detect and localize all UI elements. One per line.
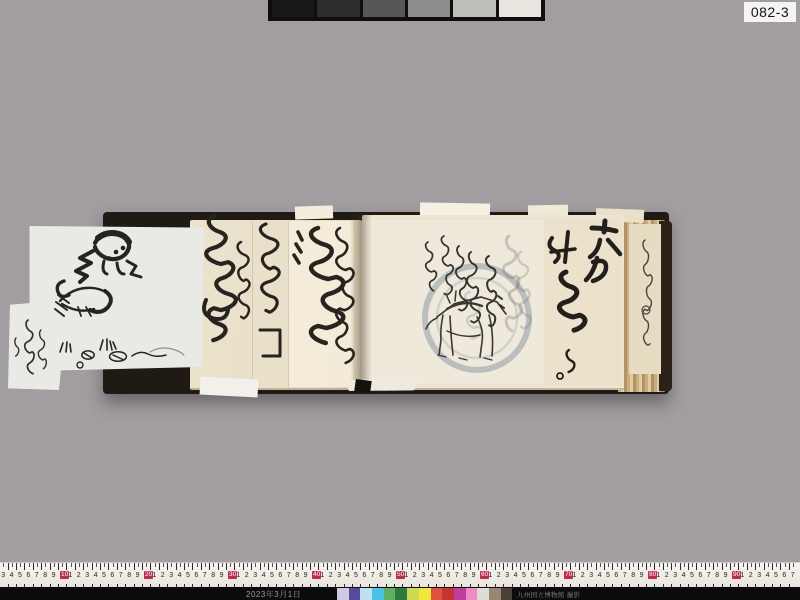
ruler-tick bbox=[633, 563, 634, 567]
ruler-tick bbox=[428, 563, 429, 570]
ruler-tick bbox=[365, 563, 366, 567]
grayscale-calibration-bar bbox=[268, 0, 545, 21]
ruler-tick bbox=[507, 563, 508, 567]
ruler-tick bbox=[150, 563, 151, 570]
ruler-tick bbox=[306, 563, 307, 567]
ruler: 3456789101234567892012345678930123456789… bbox=[0, 562, 800, 588]
ruler-tick bbox=[146, 563, 147, 567]
ruler-tick bbox=[444, 563, 445, 570]
pasted-strip bbox=[288, 221, 353, 387]
ruler-tick bbox=[369, 563, 370, 570]
ruler-tick bbox=[62, 563, 63, 567]
ruler-tick bbox=[167, 563, 168, 570]
color-patch bbox=[395, 588, 407, 600]
color-patch bbox=[501, 588, 513, 600]
ruler-number: 4 bbox=[94, 572, 98, 580]
ruler-number: 6 bbox=[614, 572, 618, 580]
ruler-tick bbox=[327, 563, 328, 570]
ruler-number: 5 bbox=[18, 572, 22, 580]
ruler-tick bbox=[66, 563, 67, 570]
ruler-tick bbox=[218, 563, 219, 570]
ruler-number: 8 bbox=[715, 572, 719, 580]
ruler-number: 8 bbox=[463, 572, 467, 580]
ruler-tick bbox=[314, 563, 315, 567]
ruler-tick bbox=[54, 563, 55, 567]
ruler-tick bbox=[339, 563, 340, 567]
ruler-tick bbox=[92, 563, 93, 570]
ruler-number: 7 bbox=[455, 572, 459, 580]
ruler-tick bbox=[528, 563, 529, 570]
ruler-number: 7 bbox=[203, 572, 207, 580]
ruler-tick bbox=[234, 563, 235, 570]
ruler-number: 3 bbox=[421, 572, 425, 580]
ruler-tick bbox=[251, 563, 252, 570]
color-patch bbox=[384, 588, 396, 600]
ruler-tick bbox=[495, 563, 496, 570]
pasted-strip bbox=[544, 218, 622, 386]
ruler-tick bbox=[285, 563, 286, 570]
pasted-strip bbox=[252, 221, 289, 387]
ruler-tick bbox=[524, 563, 525, 567]
ruler-number: 3 bbox=[505, 572, 509, 580]
ruler-tick bbox=[415, 563, 416, 567]
ruler-tick bbox=[33, 563, 34, 570]
ruler-number: 6 bbox=[446, 572, 450, 580]
ruler-tick bbox=[537, 563, 538, 570]
ruler-tick bbox=[743, 563, 744, 567]
ruler-number: 7 bbox=[35, 572, 39, 580]
ruler-tick bbox=[780, 563, 781, 570]
ruler-number: 1 bbox=[152, 572, 156, 580]
ruler-number: 3 bbox=[253, 572, 257, 580]
ruler-tick bbox=[541, 563, 542, 567]
ruler-tick bbox=[717, 563, 718, 567]
grayscale-patch bbox=[363, 0, 405, 17]
ruler-number: 3 bbox=[1, 572, 5, 580]
grayscale-patch bbox=[317, 0, 359, 17]
ruler-tick bbox=[671, 563, 672, 570]
ruler-number: 9 bbox=[724, 572, 728, 580]
ruler-number: 6 bbox=[110, 572, 114, 580]
ruler-tick bbox=[121, 563, 122, 567]
ruler-tick bbox=[50, 563, 51, 570]
ruler-tick bbox=[37, 563, 38, 567]
ruler-tick bbox=[793, 563, 794, 567]
ruler-tick bbox=[579, 563, 580, 570]
ruler-number: 4 bbox=[262, 572, 266, 580]
ruler-tick bbox=[272, 563, 273, 567]
ruler-number: 7 bbox=[371, 572, 375, 580]
ruler-tick bbox=[642, 563, 643, 567]
ruler-tick bbox=[348, 563, 349, 567]
ruler-number: 5 bbox=[270, 572, 274, 580]
ruler-number: 9 bbox=[556, 572, 560, 580]
ruler-number: 2 bbox=[77, 572, 81, 580]
ruler-tick bbox=[785, 563, 786, 567]
ruler-tick bbox=[667, 563, 668, 567]
ruler-tick bbox=[512, 563, 513, 570]
ruler-tick bbox=[675, 563, 676, 567]
ruler-tick bbox=[331, 563, 332, 567]
ruler-tick bbox=[734, 563, 735, 567]
ruler-number: 3 bbox=[673, 572, 677, 580]
ruler-tick bbox=[411, 563, 412, 570]
ruler-number: 1 bbox=[488, 572, 492, 580]
ruler-tick bbox=[545, 563, 546, 570]
ruler-tick bbox=[268, 563, 269, 570]
ruler-tick bbox=[457, 563, 458, 567]
ruler-tick bbox=[738, 563, 739, 570]
photo-background: 082-3 bbox=[0, 0, 800, 600]
ruler-number: 7 bbox=[287, 572, 291, 580]
footer-strip: 2023年3月1日 九州国立博物館 撮影 bbox=[0, 587, 800, 600]
ruler-tick bbox=[713, 563, 714, 570]
ruler-tick bbox=[41, 563, 42, 570]
ruler-tick bbox=[230, 563, 231, 567]
ruler-tick bbox=[293, 563, 294, 570]
ruler-number: 9 bbox=[304, 572, 308, 580]
ruler-number: 6 bbox=[698, 572, 702, 580]
ruler-tick bbox=[356, 563, 357, 567]
ruler-tick bbox=[461, 563, 462, 570]
ruler-tick bbox=[621, 563, 622, 570]
ruler-tick bbox=[558, 563, 559, 567]
ruler-tick bbox=[705, 563, 706, 570]
ruler-tick bbox=[684, 563, 685, 567]
ruler-number: 8 bbox=[211, 572, 215, 580]
ruler-number: 5 bbox=[774, 572, 778, 580]
ruler-tick bbox=[587, 563, 588, 570]
ruler-number: 4 bbox=[766, 572, 770, 580]
ruler-number: 5 bbox=[606, 572, 610, 580]
ruler-number: 7 bbox=[623, 572, 627, 580]
ruler-number: 7 bbox=[539, 572, 543, 580]
ruler-number: 4 bbox=[598, 572, 602, 580]
ruler-tick bbox=[260, 563, 261, 570]
color-patch bbox=[442, 588, 454, 600]
ruler-tick bbox=[692, 563, 693, 567]
ruler-number: 2 bbox=[329, 572, 333, 580]
ruler-tick bbox=[726, 563, 727, 567]
ruler-number: 4 bbox=[682, 572, 686, 580]
ruler-tick bbox=[386, 563, 387, 570]
ruler-tick bbox=[499, 563, 500, 567]
ruler-tick bbox=[663, 563, 664, 570]
ruler-number: 2 bbox=[665, 572, 669, 580]
ruler-tick bbox=[776, 563, 777, 567]
ruler-tick bbox=[8, 563, 9, 570]
ruler-tick bbox=[423, 563, 424, 567]
ruler-tick bbox=[486, 563, 487, 570]
ruler-number: 2 bbox=[413, 572, 417, 580]
ruler-tick bbox=[482, 563, 483, 567]
ruler-tick bbox=[360, 563, 361, 570]
grayscale-patch bbox=[453, 0, 495, 17]
ruler-tick bbox=[310, 563, 311, 570]
grayscale-patch bbox=[499, 0, 541, 17]
ruler-tick bbox=[390, 563, 391, 567]
ruler-number: 5 bbox=[354, 572, 358, 580]
ruler-tick bbox=[659, 563, 660, 567]
ruler-tick bbox=[751, 563, 752, 567]
ruler-number: 8 bbox=[43, 572, 47, 580]
protruding-paper bbox=[200, 376, 259, 397]
ruler-number: 3 bbox=[169, 572, 173, 580]
ruler-number: 1 bbox=[572, 572, 576, 580]
ruler-number: 5 bbox=[690, 572, 694, 580]
ruler-tick bbox=[491, 563, 492, 567]
ruler-number: 3 bbox=[85, 572, 89, 580]
ruler-number: 6 bbox=[362, 572, 366, 580]
ruler-number: 5 bbox=[186, 572, 190, 580]
ruler-tick bbox=[289, 563, 290, 567]
ruler-number: 9 bbox=[472, 572, 476, 580]
ruler-number: 6 bbox=[278, 572, 282, 580]
ruler-tick bbox=[281, 563, 282, 567]
ruler-number: 4 bbox=[514, 572, 518, 580]
ruler-number: 8 bbox=[631, 572, 635, 580]
loose-sheet-edge bbox=[295, 205, 333, 219]
ruler-tick bbox=[276, 563, 277, 570]
ruler-tick bbox=[222, 563, 223, 567]
ruler-tick bbox=[335, 563, 336, 570]
photo-date: 2023年3月1日 bbox=[246, 589, 301, 600]
color-patch bbox=[454, 588, 466, 600]
ruler-tick bbox=[533, 563, 534, 567]
ruler-tick bbox=[163, 563, 164, 567]
ruler-tick bbox=[755, 563, 756, 570]
ruler-tick bbox=[96, 563, 97, 567]
ruler-number: 1 bbox=[68, 572, 72, 580]
ruler-tick bbox=[247, 563, 248, 567]
ruler-number: 2 bbox=[497, 572, 501, 580]
ruler-tick bbox=[100, 563, 101, 570]
ruler-tick bbox=[373, 563, 374, 567]
ruler-number: 1 bbox=[404, 572, 408, 580]
ruler-tick bbox=[243, 563, 244, 570]
book-gutter-shadow bbox=[350, 214, 372, 390]
ruler-tick bbox=[24, 563, 25, 570]
ruler-tick bbox=[625, 563, 626, 567]
ruler-tick bbox=[113, 563, 114, 567]
ruler-tick bbox=[142, 563, 143, 570]
ruler-number: 8 bbox=[295, 572, 299, 580]
ruler-tick bbox=[650, 563, 651, 567]
ruler-number: 1 bbox=[236, 572, 240, 580]
ruler-number: 8 bbox=[547, 572, 551, 580]
sketch-sheet bbox=[8, 226, 204, 390]
ruler-tick bbox=[789, 563, 790, 570]
ruler-tick bbox=[201, 563, 202, 570]
ruler-number: 5 bbox=[438, 572, 442, 580]
ruler-number: 5 bbox=[522, 572, 526, 580]
ruler-tick bbox=[83, 563, 84, 570]
ruler-tick bbox=[759, 563, 760, 567]
ruler-tick bbox=[239, 563, 240, 567]
ruler-tick bbox=[562, 563, 563, 570]
ruler-tick bbox=[436, 563, 437, 570]
ruler-tick bbox=[184, 563, 185, 570]
ruler-tick bbox=[722, 563, 723, 570]
ruler-number: 1 bbox=[740, 572, 744, 580]
ruler-tick bbox=[688, 563, 689, 570]
color-patch bbox=[372, 588, 384, 600]
grayscale-patch bbox=[272, 0, 314, 17]
ruler-tick bbox=[549, 563, 550, 567]
ruler-tick bbox=[600, 563, 601, 567]
ruler-tick bbox=[654, 563, 655, 570]
ruler-tick bbox=[29, 563, 30, 567]
color-calibration-patches bbox=[337, 588, 512, 600]
ruler-number: 4 bbox=[346, 572, 350, 580]
ruler-tick bbox=[402, 563, 403, 570]
ruler-tick bbox=[323, 563, 324, 567]
ruler-number: 4 bbox=[178, 572, 182, 580]
ruler-tick bbox=[709, 563, 710, 567]
ruler-tick bbox=[465, 563, 466, 567]
ruler-number: 7 bbox=[791, 572, 795, 580]
ruler-tick bbox=[470, 563, 471, 570]
ruler-tick bbox=[87, 563, 88, 567]
ruler-tick bbox=[209, 563, 210, 570]
ruler-tick bbox=[398, 563, 399, 567]
ruler-number: 4 bbox=[10, 572, 14, 580]
color-patch bbox=[431, 588, 443, 600]
ruler-tick bbox=[407, 563, 408, 567]
ruler-tick bbox=[764, 563, 765, 570]
ruler-tick bbox=[520, 563, 521, 570]
ruler-number: 6 bbox=[530, 572, 534, 580]
ruler-tick bbox=[197, 563, 198, 567]
ruler-number: 3 bbox=[337, 572, 341, 580]
ruler-tick bbox=[3, 563, 4, 567]
ruler-tick bbox=[608, 563, 609, 567]
ruler-tick bbox=[180, 563, 181, 567]
ruler-tick bbox=[104, 563, 105, 567]
ruler-tick bbox=[176, 563, 177, 570]
ruler-number: 5 bbox=[102, 572, 106, 580]
ruler-tick bbox=[575, 563, 576, 567]
ruler-number: 2 bbox=[749, 572, 753, 580]
ruler-tick bbox=[255, 563, 256, 567]
ruler-tick bbox=[226, 563, 227, 570]
ruler-number: 2 bbox=[581, 572, 585, 580]
ruler-tick bbox=[629, 563, 630, 570]
ruler-number: 6 bbox=[26, 572, 30, 580]
ruler-number: 2 bbox=[245, 572, 249, 580]
grayscale-patch bbox=[408, 0, 450, 17]
ruler-tick bbox=[617, 563, 618, 567]
ruler-tick bbox=[596, 563, 597, 570]
ruler-tick bbox=[16, 563, 17, 570]
ruler-tick bbox=[449, 563, 450, 567]
ruler-tick bbox=[138, 563, 139, 567]
ruler-tick bbox=[125, 563, 126, 570]
ruler-tick bbox=[453, 563, 454, 570]
ruler-tick bbox=[638, 563, 639, 570]
ruler-tick bbox=[419, 563, 420, 570]
ruler-tick bbox=[264, 563, 265, 567]
ruler-tick bbox=[205, 563, 206, 567]
photo-id-label: 082-3 bbox=[744, 2, 796, 22]
ruler-number: 2 bbox=[161, 572, 165, 580]
ruler-tick bbox=[344, 563, 345, 570]
ruler-tick bbox=[516, 563, 517, 567]
ruler-number: 9 bbox=[52, 572, 56, 580]
ruler-tick bbox=[612, 563, 613, 570]
ruler-tick bbox=[108, 563, 109, 570]
ruler-tick bbox=[646, 563, 647, 570]
ruler-tick bbox=[381, 563, 382, 567]
ruler-number: 3 bbox=[589, 572, 593, 580]
ruler-tick bbox=[213, 563, 214, 567]
museum-credit: 九州国立博物館 撮影 bbox=[517, 590, 580, 599]
ruler-tick bbox=[79, 563, 80, 567]
ruler-tick bbox=[159, 563, 160, 570]
ruler-tick bbox=[394, 563, 395, 570]
ruler-tick bbox=[302, 563, 303, 570]
color-patch bbox=[407, 588, 419, 600]
binding-clasp bbox=[354, 379, 372, 393]
ruler-tick bbox=[478, 563, 479, 570]
ruler-tick bbox=[12, 563, 13, 567]
pasted-strip bbox=[628, 224, 661, 374]
ruler-tick bbox=[474, 563, 475, 567]
ruler-tick bbox=[591, 563, 592, 567]
ruler-number: 9 bbox=[640, 572, 644, 580]
ruler-number: 8 bbox=[127, 572, 131, 580]
ruler-tick bbox=[701, 563, 702, 567]
ruler-tick bbox=[75, 563, 76, 570]
color-patch bbox=[360, 588, 372, 600]
ruler-tick bbox=[129, 563, 130, 567]
ruler-number: 3 bbox=[757, 572, 761, 580]
ruler-tick bbox=[747, 563, 748, 570]
ruler-tick bbox=[134, 563, 135, 570]
color-patch bbox=[337, 588, 349, 600]
ruler-number: 8 bbox=[379, 572, 383, 580]
pasted-overlay-sheet bbox=[366, 220, 545, 384]
ruler-number: 9 bbox=[220, 572, 224, 580]
ruler-number: 1 bbox=[320, 572, 324, 580]
ruler-tick bbox=[570, 563, 571, 570]
color-patch bbox=[466, 588, 478, 600]
ruler-number: 6 bbox=[194, 572, 198, 580]
ruler-tick bbox=[352, 563, 353, 570]
ruler-tick bbox=[377, 563, 378, 570]
ruler-tick bbox=[20, 563, 21, 567]
ruler-tick bbox=[58, 563, 59, 570]
color-patch bbox=[419, 588, 431, 600]
ruler-number: 6 bbox=[782, 572, 786, 580]
ruler-tick bbox=[171, 563, 172, 567]
ruler-tick bbox=[604, 563, 605, 570]
ruler-tick bbox=[566, 563, 567, 567]
ruler-tick bbox=[297, 563, 298, 567]
ruler-tick bbox=[440, 563, 441, 567]
ruler-tick bbox=[45, 563, 46, 567]
ruler-number: 7 bbox=[119, 572, 123, 580]
ruler-tick bbox=[583, 563, 584, 567]
ruler-tick bbox=[192, 563, 193, 570]
color-patch bbox=[349, 588, 361, 600]
ruler-number: 1 bbox=[656, 572, 660, 580]
ruler-tick bbox=[730, 563, 731, 570]
ruler-tick bbox=[155, 563, 156, 567]
ruler-tick bbox=[432, 563, 433, 567]
color-patch bbox=[477, 588, 489, 600]
ruler-tick bbox=[768, 563, 769, 567]
